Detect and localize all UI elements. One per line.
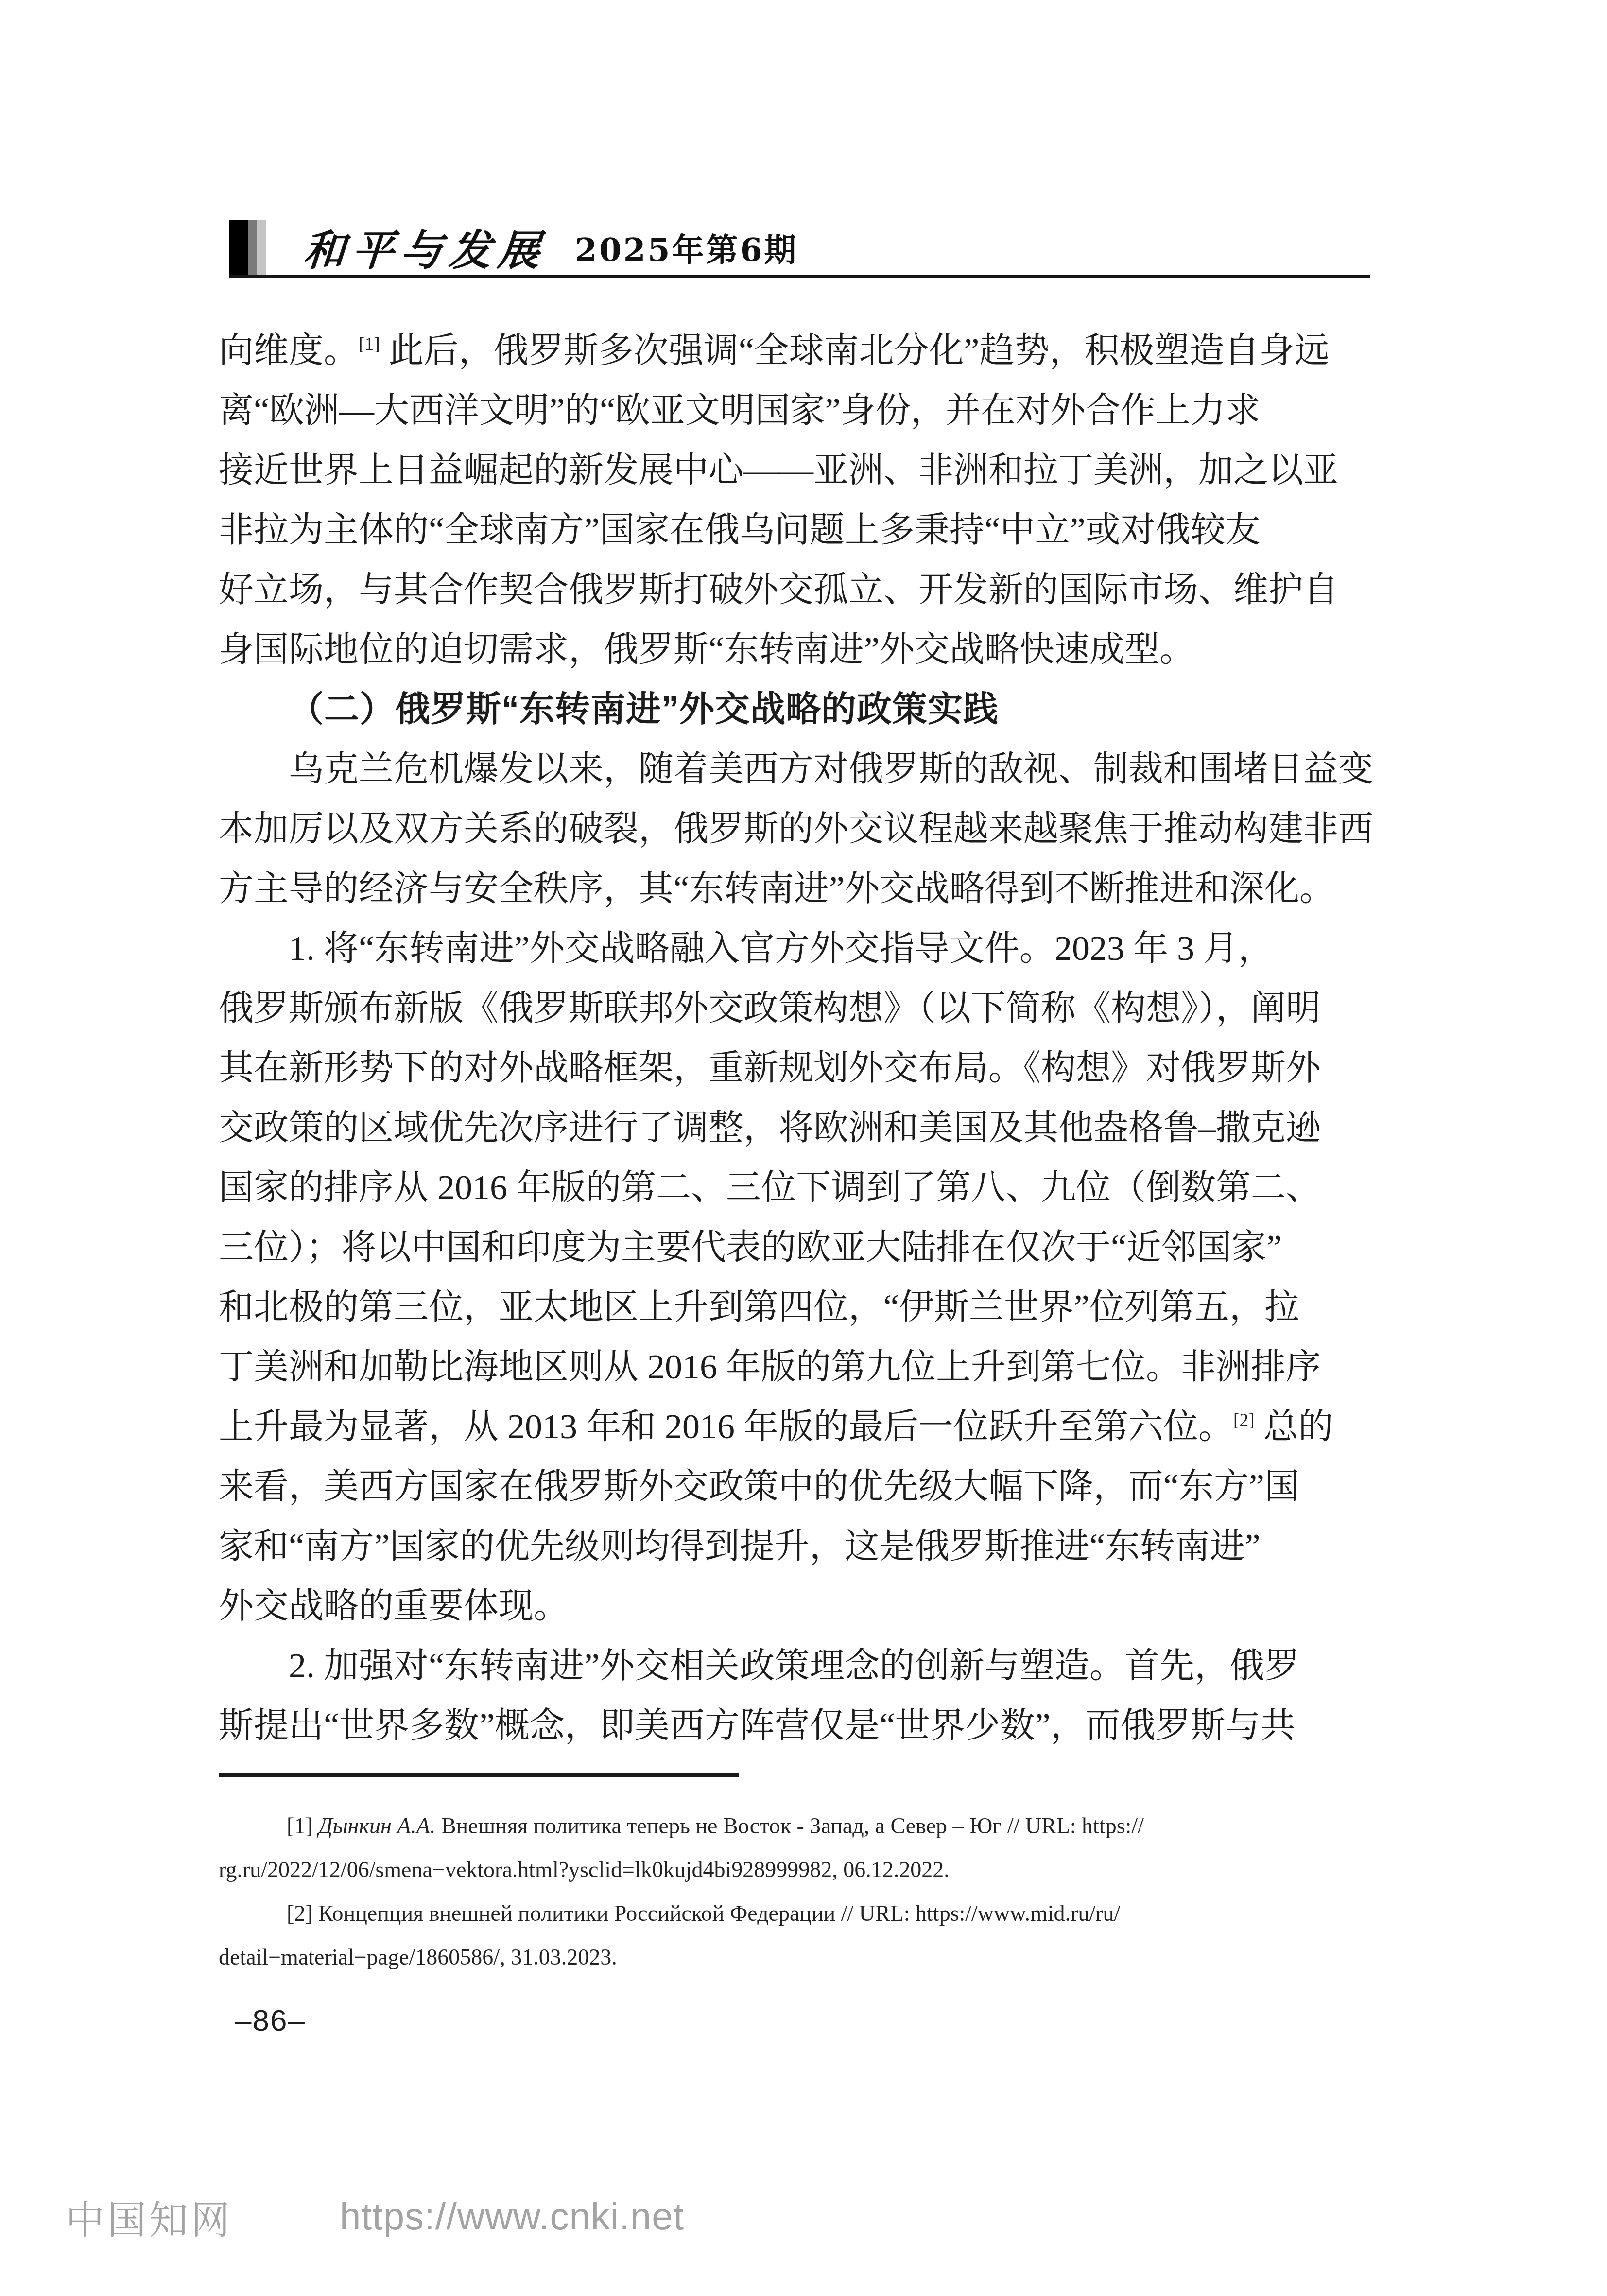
article-body: 向维度。[1] 此后，俄罗斯多次强调“全球南北分化”趋势，积极塑造自身远离“欧洲… xyxy=(219,321,1370,1756)
text-segment: 身国际地位的迫切需求，俄罗斯“东转南进”外交战略快速成型。 xyxy=(219,630,1194,669)
footer-watermark: 中国知网 https://www.cnki.net xyxy=(66,2190,684,2243)
footnotes: [1] Дынкин А.А. Внешняя политика теперь … xyxy=(219,1804,1370,1979)
body-line: 外交战略的重要体现。 xyxy=(219,1576,1370,1636)
page-number: –86– xyxy=(235,2003,306,2038)
journal-name: 和平与发展 xyxy=(302,217,549,277)
footnote-reference: [1] xyxy=(359,334,380,354)
text-segment: 此后，俄罗斯多次强调“全球南北分化”趋势，积极塑造自身远 xyxy=(380,331,1330,370)
cnki-logo-text: 中国知网 xyxy=(66,2189,233,2244)
text-segment: （二）俄罗斯“东转南进”外交战略的政策实践 xyxy=(289,690,999,729)
section-heading: （二）俄罗斯“东转南进”外交战略的政策实践 xyxy=(219,679,1370,739)
text-segment: [1] xyxy=(287,1813,318,1838)
cnki-url: https://www.cnki.net xyxy=(340,2194,684,2239)
body-line: 1. 将“东转南进”外交战略融入官方外交指导文件。2023 年 3 月， xyxy=(219,919,1370,978)
text-segment: detail−material−page/1860586/, 31.03.202… xyxy=(219,1945,617,1969)
text-segment: 方主导的经济与安全秩序，其“东转南进”外交战略得到不断推进和深化。 xyxy=(219,869,1334,908)
header-gray-bar xyxy=(248,220,257,277)
text-segment: 总的 xyxy=(1255,1407,1333,1446)
body-line: 上升最为显著，从 2013 年和 2016 年版的最后一位跃升至第六位。[2] … xyxy=(219,1397,1370,1457)
text-segment: [2] Концепция внешней политики Российско… xyxy=(287,1901,1120,1926)
text-segment: 其在新形势下的对外战略框架，重新规划外交布局。《构想》对俄罗斯外 xyxy=(219,1048,1321,1087)
body-line: 和北极的第三位，亚太地区上升到第四位，“伊斯兰世界”位列第五，拉 xyxy=(219,1277,1370,1337)
footnote-line: [2] Концепция внешней политики Российско… xyxy=(219,1892,1370,1935)
footnote-line: rg.ru/2022/12/06/smena−vektora.html?yscl… xyxy=(219,1848,1370,1892)
text-segment: 外交战略的重要体现。 xyxy=(219,1586,569,1625)
header-title: 和平与发展 2025年第6期 xyxy=(304,218,798,276)
text-segment: 2. 加强对“东转南进”外交相关政策理念的创新与塑造。首先，俄罗 xyxy=(289,1646,1299,1685)
text-segment: 向维度。 xyxy=(219,331,359,370)
text-segment: rg.ru/2022/12/06/smena−vektora.html?yscl… xyxy=(219,1857,950,1882)
text-segment: 非拉为主体的“全球南方”国家在俄乌问题上多秉持“中立”或对俄较友 xyxy=(219,510,1261,549)
text-segment: 三位）；将以中国和印度为主要代表的欧亚大陆排在仅次于“近邻国家” xyxy=(219,1228,1282,1267)
header-lightgray-bar xyxy=(257,220,266,277)
text-segment: 和北极的第三位，亚太地区上升到第四位，“伊斯兰世界”位列第五，拉 xyxy=(219,1287,1299,1326)
body-line: 非拉为主体的“全球南方”国家在俄乌问题上多秉持“中立”或对俄较友 xyxy=(219,500,1370,560)
text-segment: 好立场，与其合作契合俄罗斯打破外交孤立、开发新的国际市场、维护自 xyxy=(219,570,1338,609)
body-line: 国家的排序从 2016 年版的第二、三位下调到了第八、九位（倒数第二、 xyxy=(219,1158,1370,1218)
text-segment: 来看，美西方国家在俄罗斯外交政策中的优先级大幅下降，而“东方”国 xyxy=(219,1467,1299,1506)
text-segment: Дынкин А.А. xyxy=(318,1813,435,1838)
body-line: 三位）；将以中国和印度为主要代表的欧亚大陆排在仅次于“近邻国家” xyxy=(219,1218,1370,1277)
body-line: 丁美洲和加勒比海地区则从 2016 年版的第九位上升到第七位。非洲排序 xyxy=(219,1337,1370,1397)
text-segment: 俄罗斯颁布新版《俄罗斯联邦外交政策构想》（以下简称《构想》），阐明 xyxy=(219,989,1321,1027)
body-line: 本加厉以及双方关系的破裂，俄罗斯的外交议程越来越聚焦于推动构建非西 xyxy=(219,799,1370,859)
header-black-bar xyxy=(229,220,248,277)
text-segment: 本加厉以及双方关系的破裂，俄罗斯的外交议程越来越聚焦于推动构建非西 xyxy=(219,809,1373,848)
body-line: 家和“南方”国家的优先级则均得到提升，这是俄罗斯推进“东转南进” xyxy=(219,1516,1370,1576)
body-line: 乌克兰危机爆发以来，随着美西方对俄罗斯的敌视、制裁和围堵日益变 xyxy=(219,739,1370,799)
text-segment: Внешняя политика теперь не Восток - Запа… xyxy=(435,1813,1143,1838)
footnote-line: detail−material−page/1860586/, 31.03.202… xyxy=(219,1935,1370,1979)
body-line: 好立场，与其合作契合俄罗斯打破外交孤立、开发新的国际市场、维护自 xyxy=(219,560,1370,620)
body-line: 斯提出“世界多数”概念，即美西方阵营仅是“世界少数”，而俄罗斯与共 xyxy=(219,1696,1370,1756)
text-segment: 乌克兰危机爆发以来，随着美西方对俄罗斯的敌视、制裁和围堵日益变 xyxy=(289,749,1373,788)
body-line: 向维度。[1] 此后，俄罗斯多次强调“全球南北分化”趋势，积极塑造自身远 xyxy=(219,321,1370,381)
text-segment: 交政策的区域优先次序进行了调整，将欧洲和美国及其他盎格鲁–撒克逊 xyxy=(219,1108,1321,1147)
journal-issue: 2025年第6期 xyxy=(575,224,798,270)
body-line: 离“欧洲—大西洋文明”的“欧亚文明国家”身份，并在对外合作上力求 xyxy=(219,381,1370,440)
text-segment: 国家的排序从 2016 年版的第二、三位下调到了第八、九位（倒数第二、 xyxy=(219,1168,1321,1207)
body-line: 俄罗斯颁布新版《俄罗斯联邦外交政策构想》（以下简称《构想》），阐明 xyxy=(219,978,1370,1038)
text-segment: 家和“南方”国家的优先级则均得到提升，这是俄罗斯推进“东转南进” xyxy=(219,1527,1261,1565)
journal-page: 和平与发展 2025年第6期 向维度。[1] 此后，俄罗斯多次强调“全球南北分化… xyxy=(0,0,1607,2296)
body-line: 来看，美西方国家在俄罗斯外交政策中的优先级大幅下降，而“东方”国 xyxy=(219,1457,1370,1516)
text-segment: 丁美洲和加勒比海地区则从 2016 年版的第九位上升到第七位。非洲排序 xyxy=(219,1347,1321,1386)
footnote-line: [1] Дынкин А.А. Внешняя политика теперь … xyxy=(219,1804,1370,1848)
body-line: 方主导的经济与安全秩序，其“东转南进”外交战略得到不断推进和深化。 xyxy=(219,859,1370,919)
body-line: 其在新形势下的对外战略框架，重新规划外交布局。《构想》对俄罗斯外 xyxy=(219,1038,1370,1098)
body-line: 身国际地位的迫切需求，俄罗斯“东转南进”外交战略快速成型。 xyxy=(219,620,1370,679)
text-segment: 上升最为显著，从 2013 年和 2016 年版的最后一位跃升至第六位。 xyxy=(219,1407,1233,1446)
body-line: 交政策的区域优先次序进行了调整，将欧洲和美国及其他盎格鲁–撒克逊 xyxy=(219,1098,1370,1158)
footnote-separator xyxy=(219,1773,739,1777)
text-segment: 斯提出“世界多数”概念，即美西方阵营仅是“世界少数”，而俄罗斯与共 xyxy=(219,1706,1296,1745)
body-line: 接近世界上日益崛起的新发展中心——亚洲、非洲和拉丁美洲，加之以亚 xyxy=(219,440,1370,500)
footnote-reference: [2] xyxy=(1233,1410,1255,1430)
text-segment: 离“欧洲—大西洋文明”的“欧亚文明国家”身份，并在对外合作上力求 xyxy=(219,391,1261,430)
text-segment: 接近世界上日益崛起的新发展中心——亚洲、非洲和拉丁美洲，加之以亚 xyxy=(219,451,1338,489)
body-line: 2. 加强对“东转南进”外交相关政策理念的创新与塑造。首先，俄罗 xyxy=(219,1636,1370,1696)
text-segment: 1. 将“东转南进”外交战略融入官方外交指导文件。2023 年 3 月， xyxy=(289,929,1273,968)
